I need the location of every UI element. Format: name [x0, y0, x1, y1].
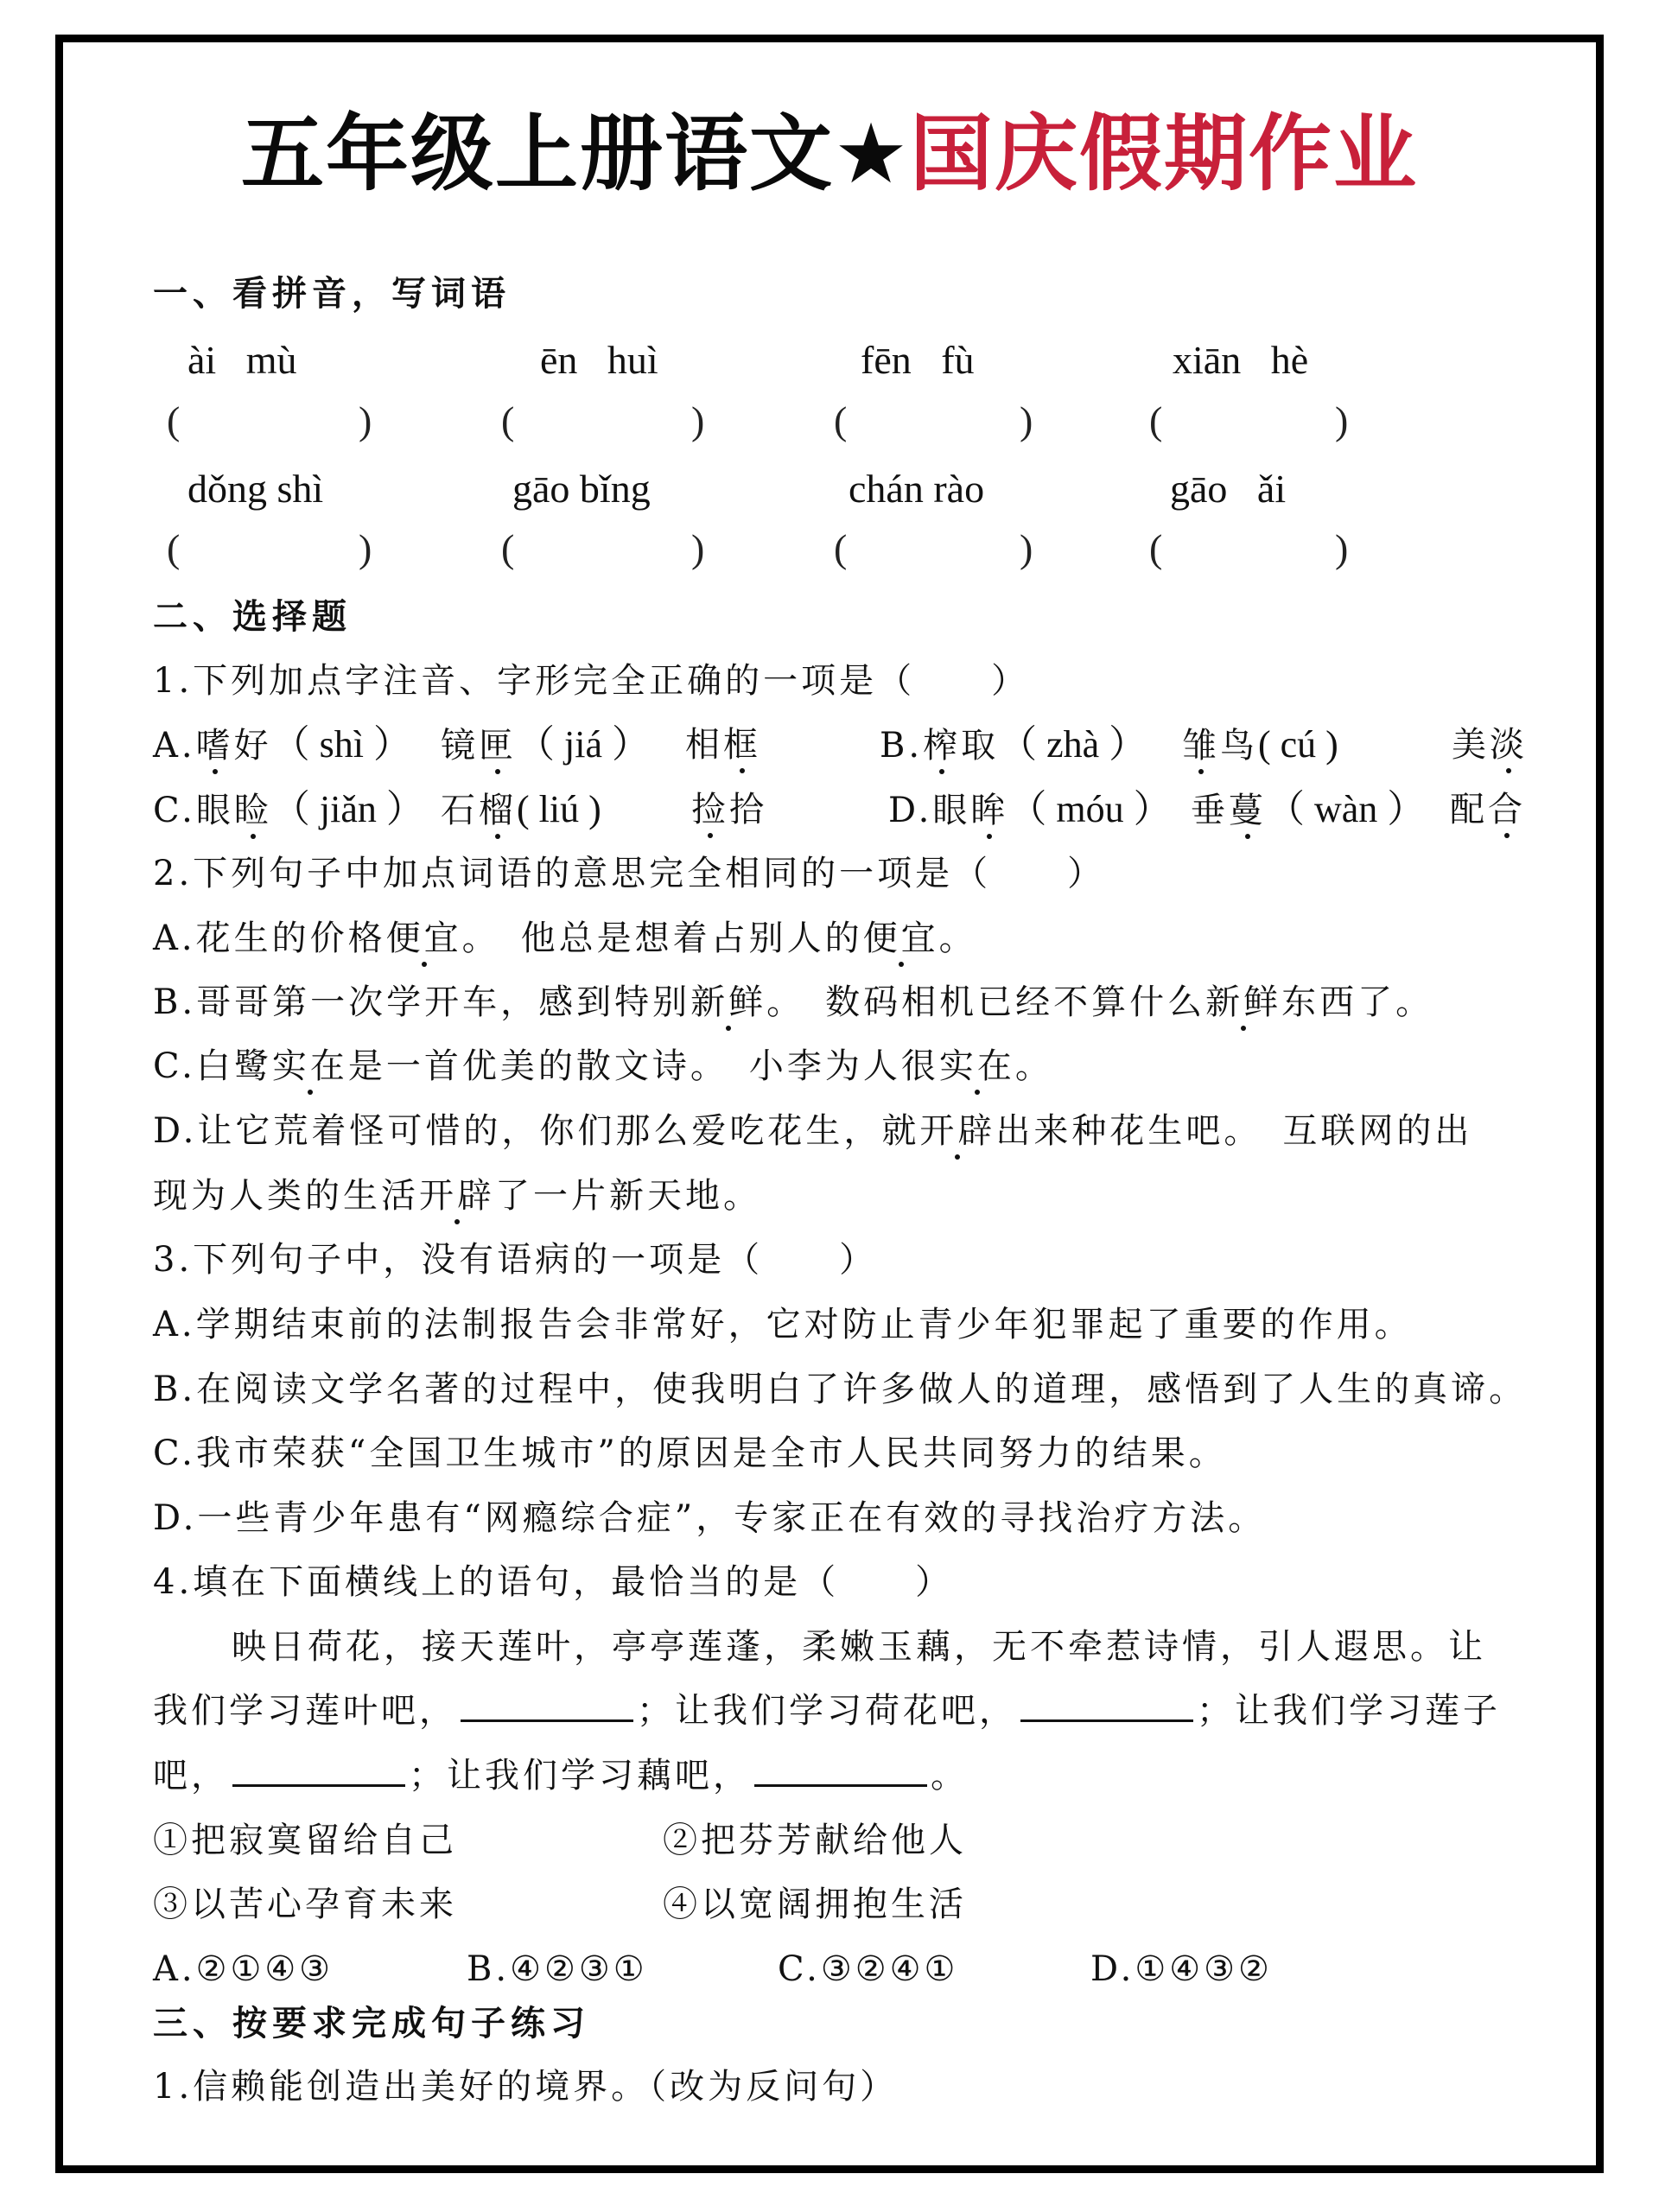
emphasis-dot-char: 睑: [234, 779, 272, 842]
pinyin-5: dǒng shì: [188, 463, 323, 515]
pinyin-1: ài mù: [188, 334, 296, 386]
q1-option-a-item3: 相框: [685, 713, 761, 777]
fill-blank-2[interactable]: [1020, 1683, 1193, 1722]
q1-option-b-item3: 美淡: [1452, 713, 1528, 777]
q4-phrase-4: ④以宽阔拥抱生活: [663, 1872, 967, 1936]
q1-option-b-item2: 雏鸟( cú ): [1182, 713, 1338, 777]
q4-choice-d: D.①④③②: [1090, 1937, 1273, 2001]
q4-choice-c: C.③②④①: [778, 1937, 958, 2001]
pinyin-6: gāo bǐng: [512, 463, 651, 515]
q4-passage-line2: 我们学习莲叶吧，；让我们学习荷花吧，；让我们学习莲子: [153, 1679, 1501, 1743]
fill-blank-4[interactable]: [754, 1748, 927, 1787]
q4-phrase-1: ①把寂寞留给自己: [153, 1808, 457, 1872]
pinyin-4: xiān hè: [1173, 334, 1308, 386]
answer-paren-close-5: ): [359, 523, 372, 575]
section1-heading: 一、看拼音，写词语: [153, 262, 511, 326]
answer-paren-open-4: (: [1149, 395, 1162, 447]
q1-option-b: B.榨取（ zhà ）: [880, 713, 1147, 777]
answer-paren-close-4: ): [1335, 395, 1348, 447]
q3-option-c: C.我市荣获“全国卫生城市”的原因是全市人民共同努力的结果。: [153, 1421, 1227, 1485]
emphasis-dot-word: 开辟: [919, 1099, 995, 1163]
emphasis-dot-char: 匣: [479, 714, 517, 778]
q4-stem: 4.填在下面横线上的语句，最恰当的是（ ）: [153, 1550, 953, 1614]
pinyin-8: gāo ǎi: [1170, 463, 1286, 515]
q1-option-c-item3: 捡拾: [691, 778, 767, 842]
title-grade-subject: 五年级上册语文: [241, 105, 834, 202]
emphasis-dot-char: 榴: [479, 779, 517, 842]
answer-paren-open-5: (: [167, 523, 180, 575]
q2-stem: 2.下列句子中加点词语的意思完全相同的一项是（ ）: [153, 842, 1105, 906]
q4-passage-line3: 吧，；让我们学习藕吧，。: [153, 1744, 969, 1808]
q1-option-d-item3: 配合: [1450, 778, 1526, 842]
emphasis-dot-char: 蔓: [1229, 779, 1267, 842]
emphasis-dot-word: 便宜: [386, 906, 462, 970]
pinyin-2: ēn huì: [540, 334, 658, 386]
emphasis-dot-char: 榨: [923, 714, 961, 778]
emphasis-dot-char: 嗜: [196, 714, 234, 778]
emphasis-dot-word: 新鲜: [1205, 970, 1281, 1034]
emphasis-dot-word: 开辟: [419, 1164, 495, 1228]
emphasis-dot-char: 眸: [970, 779, 1008, 842]
emphasis-dot-word: 实在: [272, 1034, 348, 1098]
q2-option-d-line2: 现为人类的生活开辟了一片新天地。: [153, 1164, 761, 1228]
q1-option-c-item2: 石榴( liú ): [441, 778, 601, 842]
q2-option-d-line1: D.让它荒着怪可惜的，你们那么爱吃花生，就开辟出来种花生吧。 互联网的出: [153, 1099, 1472, 1163]
answer-paren-close-1: ): [359, 395, 372, 447]
fill-blank-3[interactable]: [232, 1748, 405, 1787]
page-title: 五年级上册语文★国庆假期作业: [0, 102, 1659, 206]
emphasis-dot-char: 雏: [1182, 714, 1220, 778]
q4-phrase-3: ③以苦心孕育未来: [153, 1872, 457, 1936]
answer-paren-open-2: (: [501, 395, 514, 447]
q1-option-a-item2: 镜匣（ jiá ）: [441, 713, 650, 777]
answer-paren-open-6: (: [501, 523, 514, 575]
star-icon: ★: [834, 105, 910, 202]
q4-passage-line1: 映日荷花，接天莲叶，亭亭莲蓬，柔嫩玉藕，无不牵惹诗情，引人遐思。让: [232, 1615, 1486, 1679]
q1-option-c: C.眼睑（ jiǎn ）: [153, 778, 424, 842]
q1-option-d: D.眼眸（ móu ）: [888, 778, 1172, 842]
answer-paren-close-8: ): [1335, 523, 1348, 575]
q3-stem: 3.下列句子中，没有语病的一项是（ ）: [153, 1228, 877, 1292]
q3-option-b: B.在阅读文学名著的过程中，使我明白了许多做人的道理，感悟到了人生的真谛。: [153, 1357, 1527, 1421]
answer-paren-open-7: (: [834, 523, 847, 575]
emphasis-dot-word: 实在: [939, 1034, 1015, 1098]
answer-paren-open-1: (: [167, 395, 180, 447]
title-holiday-homework: 国庆假期作业: [910, 105, 1418, 202]
section2-heading: 二、选择题: [153, 585, 352, 649]
q3-option-a: A.学期结束前的法制报告会非常好，它对防止青少年犯罪起了重要的作用。: [153, 1293, 1413, 1357]
answer-paren-close-6: ): [691, 523, 704, 575]
emphasis-dot-char: 捡: [691, 778, 729, 842]
emphasis-dot-char: 合: [1488, 778, 1526, 842]
emphasis-dot-word: 新鲜: [690, 970, 766, 1034]
answer-paren-close-2: ): [691, 395, 704, 447]
q2-option-a: A.花生的价格便宜。 他总是想着占别人的便宜。: [153, 906, 977, 970]
section3-heading: 三、按要求完成句子练习: [153, 1992, 590, 2056]
emphasis-dot-word: 便宜: [863, 906, 939, 970]
fill-blank-1[interactable]: [461, 1683, 633, 1722]
section3-q1: 1.信赖能创造出美好的境界。（改为反问句）: [153, 2055, 898, 2119]
q1-option-a: A.嗜好（ shì ）: [153, 713, 411, 777]
q4-phrase-2: ②把芬芳献给他人: [663, 1808, 967, 1872]
answer-paren-close-3: ): [1020, 395, 1033, 447]
emphasis-dot-char: 框: [723, 713, 761, 777]
q1-option-d-item2: 垂蔓（ wàn ）: [1191, 778, 1425, 842]
pinyin-3: fēn fù: [861, 334, 975, 386]
pinyin-7: chán rào: [849, 463, 984, 515]
q2-option-c: C.白鹭实在是一首优美的散文诗。 小李为人很实在。: [153, 1034, 1053, 1098]
answer-paren-open-3: (: [834, 395, 847, 447]
q1-stem: 1.下列加点字注音、字形完全正确的一项是（ ）: [153, 649, 1029, 713]
answer-paren-open-8: (: [1149, 523, 1162, 575]
emphasis-dot-char: 淡: [1490, 713, 1528, 777]
q3-option-d: D.一些青少年患有“网瘾综合症”，专家正在有效的寻找治疗方法。: [153, 1486, 1266, 1550]
q2-option-b: B.哥哥第一次学开车，感到特别新鲜。 数码相机已经不算什么新鲜东西了。: [153, 970, 1433, 1034]
answer-paren-close-7: ): [1020, 523, 1033, 575]
